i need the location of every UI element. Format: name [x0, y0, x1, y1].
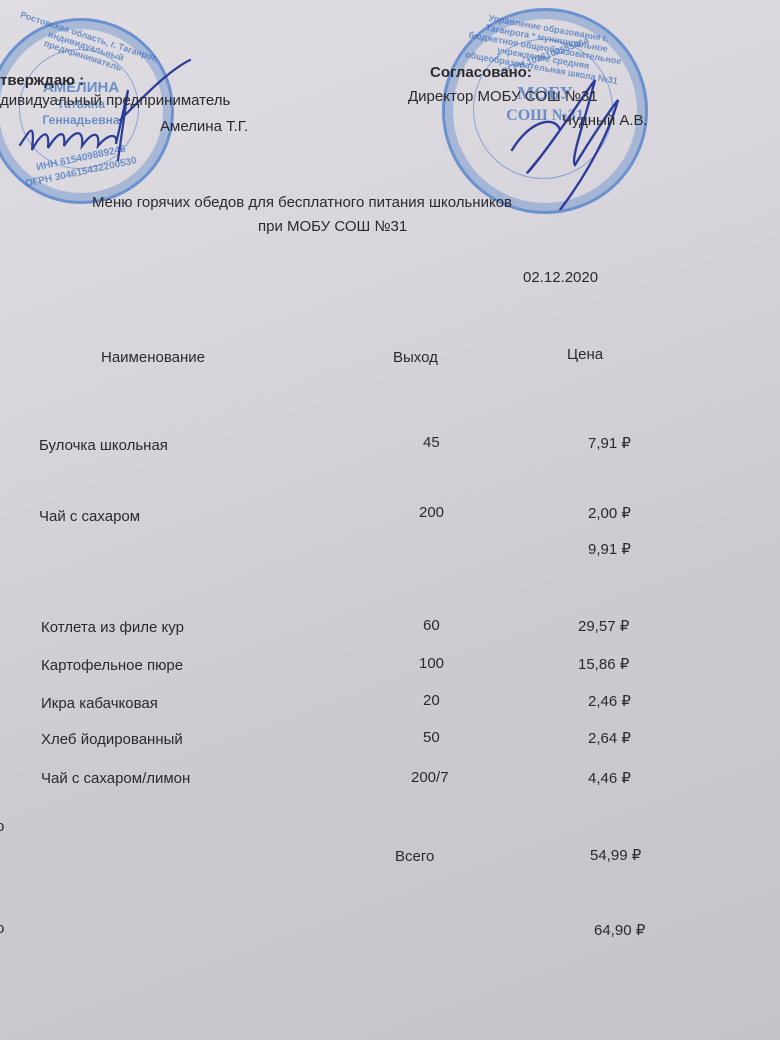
- grand-total: 64,90 ₽: [594, 921, 645, 939]
- approval-left-heading: тверждаю :: [0, 72, 84, 89]
- stamp-center-patronymic: Геннадьевна: [0, 113, 171, 127]
- approval-left-role: дивидуальный предприниматель: [0, 92, 230, 109]
- item-name: Булочка школьная: [39, 437, 168, 454]
- edge-mark: о: [0, 818, 4, 835]
- document-title: Меню горячих обедов для бесплатного пита…: [92, 194, 512, 211]
- stamp-entrepreneur: АМЕЛИНА Татьяна Геннадьевна ИНН 61540988…: [0, 18, 174, 204]
- stamp-school: МОБУ СОШ №31 ОГРН 1026102585464 Управлен…: [442, 8, 648, 214]
- header-name: Наименование: [101, 349, 205, 366]
- lunch-total: 54,99 ₽: [590, 846, 641, 864]
- breakfast-subtotal: 9,91 ₽: [588, 540, 631, 558]
- header-price: Цена: [567, 346, 603, 363]
- item-price: 4,46 ₽: [588, 769, 631, 787]
- item-price: 29,57 ₽: [578, 617, 629, 635]
- header-output: Выход: [393, 349, 438, 366]
- item-name: Котлета из филе кур: [41, 619, 184, 636]
- approval-right-heading: Согласовано:: [430, 64, 532, 81]
- item-output: 45: [423, 434, 440, 451]
- document-subtitle: при МОБУ СОШ №31: [258, 218, 407, 235]
- item-price: 7,91 ₽: [588, 434, 631, 452]
- approval-right-role: Директор МОБУ СОШ №31: [408, 88, 598, 105]
- item-output: 20: [423, 692, 440, 709]
- item-name: Картофельное пюре: [41, 657, 183, 674]
- total-label: Всего: [395, 848, 434, 865]
- item-output: 100: [419, 655, 444, 672]
- item-price: 2,46 ₽: [588, 692, 631, 710]
- item-name: Хлеб йодированный: [41, 731, 183, 748]
- edge-mark: о: [0, 920, 4, 937]
- item-price: 2,64 ₽: [588, 729, 631, 747]
- item-price: 15,86 ₽: [578, 655, 629, 673]
- approval-left-name: Амелина Т.Г.: [160, 118, 248, 135]
- item-name: Икра кабачковая: [41, 695, 158, 712]
- item-output: 200/7: [411, 769, 449, 786]
- item-output: 200: [419, 504, 444, 521]
- item-price: 2,00 ₽: [588, 504, 631, 522]
- item-name: Чай с сахаром: [39, 508, 140, 525]
- item-name: Чай с сахаром/лимон: [41, 770, 190, 787]
- item-output: 50: [423, 729, 440, 746]
- approval-right-name: Чудный А.В.: [562, 112, 648, 129]
- menu-date: 02.12.2020: [523, 269, 598, 286]
- item-output: 60: [423, 617, 440, 634]
